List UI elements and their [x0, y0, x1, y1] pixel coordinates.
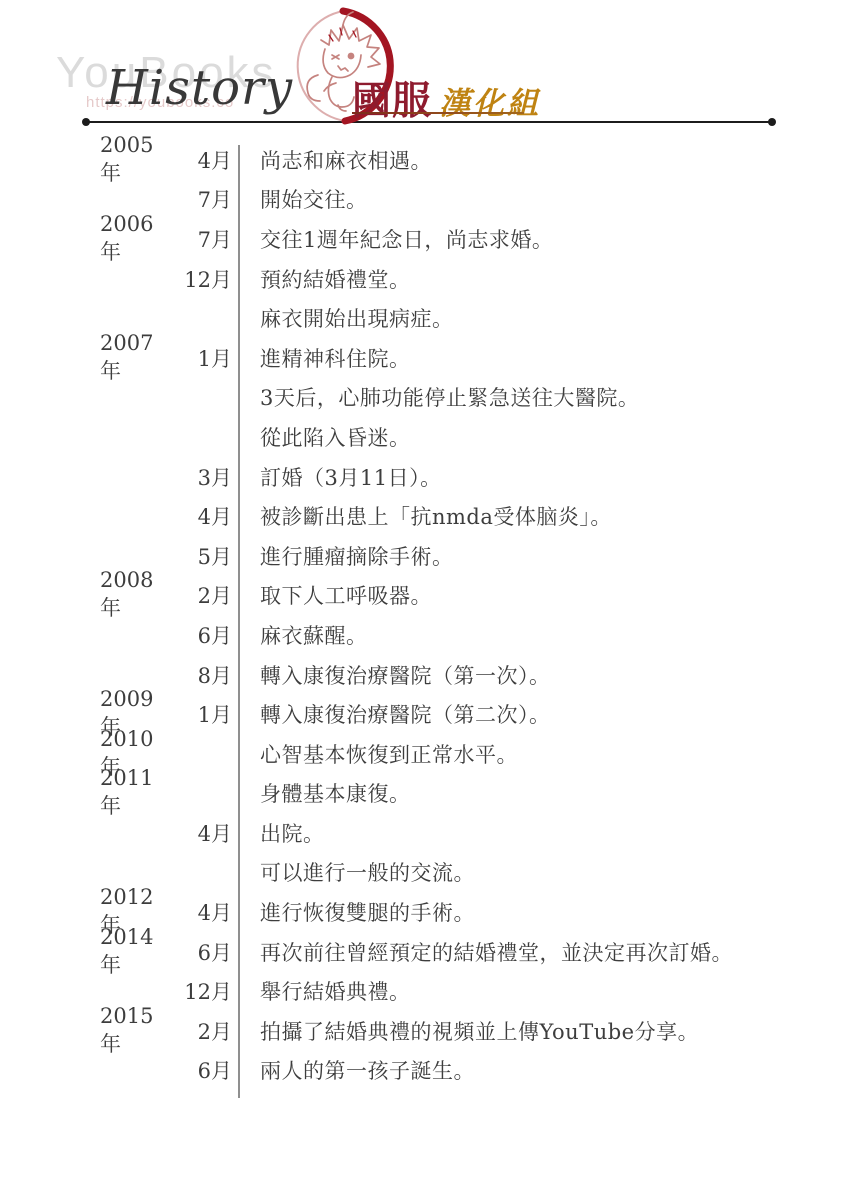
- timeline-month: 4月: [170, 145, 232, 175]
- timeline-month: 7月: [170, 184, 232, 214]
- timeline-row: 5月 進行腫瘤摘除手術。: [100, 536, 820, 576]
- timeline-event: 進行腫瘤摘除手術。: [260, 541, 454, 571]
- timeline-month: 2月: [170, 1016, 232, 1046]
- timeline-month: 1月: [170, 699, 232, 729]
- timeline-month: 6月: [170, 620, 232, 650]
- timeline-row: 3天后，心肺功能停止緊急送往大醫院。: [100, 378, 820, 418]
- timeline-year: 2006年: [100, 212, 170, 266]
- timeline-event: 進行恢復雙腿的手術。: [260, 897, 475, 927]
- logo-text: 國服 漢化組: [352, 70, 541, 126]
- timeline-month: 6月: [170, 937, 232, 967]
- timeline-month: 12月: [170, 976, 232, 1006]
- timeline-month: 1月: [170, 343, 232, 373]
- timeline-event: 進精神科住院。: [260, 343, 411, 373]
- timeline-month: 5月: [170, 541, 232, 571]
- translation-group-logo: 國服 漢化組: [282, 4, 542, 132]
- timeline-year: 2015年: [100, 1004, 170, 1058]
- timeline-event: 麻衣開始出現病症。: [260, 303, 454, 333]
- timeline-event: 預約結婚禮堂。: [260, 264, 411, 294]
- timeline-row: 2010年 心智基本恢復到正常水平。: [100, 734, 820, 774]
- timeline-event: 兩人的第一孩子誕生。: [260, 1055, 475, 1085]
- page-title: History: [106, 60, 293, 116]
- timeline-row: 麻衣開始出現病症。: [100, 298, 820, 338]
- timeline-event: 被診斷出患上「抗nmda受体脑炎」。: [260, 501, 612, 531]
- timeline-row: 6月 麻衣蘇醒。: [100, 615, 820, 655]
- logo-text-primary: 國服: [352, 70, 432, 126]
- timeline-row: 2007年 1月 進精神科住院。: [100, 338, 820, 378]
- timeline-month: 12月: [170, 264, 232, 294]
- timeline-row: 2006年 7月 交往1週年紀念日，尚志求婚。: [100, 219, 820, 259]
- timeline-year: 2005年: [100, 133, 170, 187]
- timeline-row: 12月 舉行結婚典禮。: [100, 971, 820, 1011]
- timeline-row: 4月 出院。: [100, 813, 820, 853]
- timeline-row: 2008年 2月 取下人工呼吸器。: [100, 576, 820, 616]
- timeline-event: 從此陷入昏迷。: [260, 422, 411, 452]
- timeline-month: 3月: [170, 462, 232, 492]
- timeline-row: 2011年 身體基本康復。: [100, 774, 820, 814]
- logo-text-secondary: 漢化組: [439, 78, 541, 123]
- timeline-event: 舉行結婚典禮。: [260, 976, 411, 1006]
- timeline-row: 從此陷入昏迷。: [100, 417, 820, 457]
- timeline-event: 麻衣蘇醒。: [260, 620, 368, 650]
- timeline-event: 開始交往。: [260, 184, 368, 214]
- timeline-year: 2011年: [100, 766, 170, 820]
- timeline-event: 3天后，心肺功能停止緊急送往大醫院。: [260, 382, 639, 412]
- timeline-event: 可以進行一般的交流。: [260, 857, 475, 887]
- timeline-year: 2014年: [100, 925, 170, 979]
- timeline-row: 2005年 4月 尚志和麻衣相遇。: [100, 140, 820, 180]
- timeline-month: 6月: [170, 1055, 232, 1085]
- rule-left-dot: [82, 118, 90, 126]
- timeline: 2005年 4月 尚志和麻衣相遇。 7月 開始交往。 2006年 7月 交往1週…: [100, 140, 820, 1090]
- timeline-month: 8月: [170, 660, 232, 690]
- timeline-row: 2009年 1月 轉入康復治療醫院（第二次）。: [100, 694, 820, 734]
- timeline-event: 交往1週年紀念日，尚志求婚。: [260, 224, 553, 254]
- timeline-month: 4月: [170, 897, 232, 927]
- timeline-row: 7月 開始交往。: [100, 180, 820, 220]
- timeline-event: 取下人工呼吸器。: [260, 580, 432, 610]
- timeline-row: 12月 預約結婚禮堂。: [100, 259, 820, 299]
- timeline-event: 出院。: [260, 818, 325, 848]
- manga-history-page: YouBooks https://youbooks.co History: [0, 0, 845, 1200]
- timeline-year: 2008年: [100, 568, 170, 622]
- timeline-event: 再次前往曾經預定的結婚禮堂，並決定再次訂婚。: [260, 937, 733, 967]
- timeline-row: 8月 轉入康復治療醫院（第一次）。: [100, 655, 820, 695]
- timeline-event: 拍攝了結婚典禮的視頻並上傳YouTube分享。: [260, 1016, 699, 1046]
- timeline-row: 2012年 4月 進行恢復雙腿的手術。: [100, 892, 820, 932]
- timeline-row: 4月 被診斷出患上「抗nmda受体脑炎」。: [100, 496, 820, 536]
- timeline-event: 訂婚（3月11日）。: [260, 462, 442, 492]
- timeline-event: 轉入康復治療醫院（第二次）。: [260, 699, 551, 729]
- timeline-year: 2007年: [100, 331, 170, 385]
- timeline-row: 2014年 6月 再次前往曾經預定的結婚禮堂，並決定再次訂婚。: [100, 932, 820, 972]
- timeline-event: 轉入康復治療醫院（第一次）。: [260, 660, 551, 690]
- timeline-month: 4月: [170, 818, 232, 848]
- timeline-row: 2015年 2月 拍攝了結婚典禮的視頻並上傳YouTube分享。: [100, 1011, 820, 1051]
- timeline-row: 3月 訂婚（3月11日）。: [100, 457, 820, 497]
- timeline-row: 可以進行一般的交流。: [100, 853, 820, 893]
- rule-right-dot: [768, 118, 776, 126]
- logo-underline: [352, 112, 524, 114]
- timeline-event: 心智基本恢復到正常水平。: [260, 739, 518, 769]
- timeline-event: 身體基本康復。: [260, 778, 411, 808]
- timeline-row: 6月 兩人的第一孩子誕生。: [100, 1051, 820, 1091]
- timeline-event: 尚志和麻衣相遇。: [260, 145, 432, 175]
- timeline-month: 7月: [170, 224, 232, 254]
- timeline-month: 4月: [170, 501, 232, 531]
- timeline-month: 2月: [170, 580, 232, 610]
